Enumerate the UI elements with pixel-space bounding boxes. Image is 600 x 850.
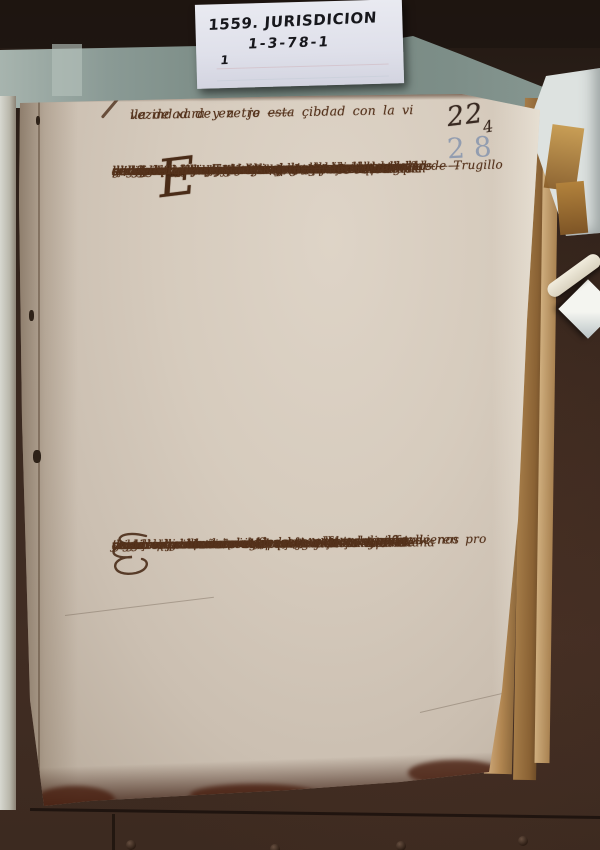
- nail-head: [126, 840, 136, 850]
- heading: vezindad de en tre esta çibdad con la vi…: [130, 101, 470, 107]
- table-seam-vertical: [112, 814, 115, 850]
- label-title: 1559. JURISDICION: [208, 8, 378, 34]
- label-entry-number: 1: [220, 53, 230, 67]
- folio-number-ink: 22: [445, 98, 485, 133]
- manuscript-photo: 22 4 28 vezindad de en tre esta çibdad c…: [0, 0, 600, 850]
- book-board-highlight: [52, 44, 82, 96]
- paragraph-2: epan quantos esta carta de poder vieren …: [112, 532, 512, 537]
- facing-leaf-edge: [0, 96, 16, 810]
- gutter-stitch: [29, 310, 34, 321]
- nail-head: [270, 844, 280, 850]
- gutter-stitch: [36, 116, 40, 125]
- heading-line: lla de xara y ze jo ——: [130, 104, 293, 122]
- manuscript-line: gorri valerio sezdo de pe e gonçalez e c…: [112, 534, 406, 554]
- crease-line: [65, 597, 214, 616]
- nail-head: [518, 836, 528, 846]
- label-ruled-line: [217, 76, 389, 82]
- label-ruled-line: [217, 64, 389, 70]
- label-reference-number: 1-3-78-1: [247, 34, 331, 52]
- archive-label-card: 1559. JURISDICION 1-3-78-1 1: [195, 0, 404, 89]
- nail-head: [396, 841, 406, 850]
- gutter-stitch: [33, 450, 41, 463]
- page-fragment: [556, 181, 588, 235]
